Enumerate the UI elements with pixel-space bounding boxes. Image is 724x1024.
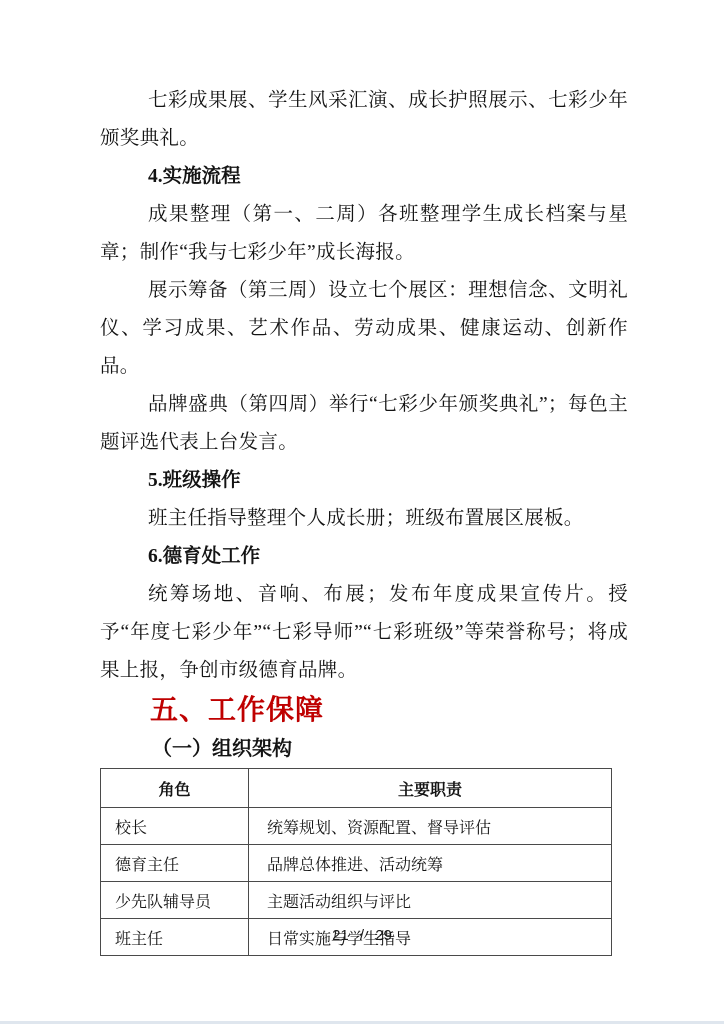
duty-cell: 品牌总体推进、活动统筹 — [249, 845, 612, 882]
paragraph-awards-list: 七彩成果展、学生风采汇演、成长护照展示、七彩少年颁奖典礼。 — [100, 82, 628, 158]
table-header-duty: 主要职责 — [249, 769, 612, 808]
paragraph-brand-ceremony: 品牌盛典（第四周）举行“七彩少年颁奖典礼”；每色主题评选代表上台发言。 — [100, 386, 628, 462]
table-row: 德育主任 品牌总体推进、活动统筹 — [101, 845, 612, 882]
page-number: 21 / 29 — [0, 927, 724, 944]
table-header-row: 角色 主要职责 — [101, 769, 612, 808]
role-cell: 德育主任 — [101, 845, 249, 882]
paragraph-moral-education-office: 统筹场地、音响、布展；发布年度成果宣传片。授予“年度七彩少年”“七彩导师”“七彩… — [100, 576, 628, 690]
role-cell: 校长 — [101, 808, 249, 845]
paragraph-class-operations: 班主任指导整理个人成长册；班级布置展区展板。 — [100, 500, 628, 538]
table-header-role: 角色 — [101, 769, 249, 808]
heading-moral-education-office: 6.德育处工作 — [100, 538, 628, 576]
section-heading-work-support: 五、工作保障 — [100, 690, 628, 730]
table-row: 少先队辅导员 主题活动组织与评比 — [101, 882, 612, 919]
duty-cell: 主题活动组织与评比 — [249, 882, 612, 919]
paragraph-result-collation: 成果整理（第一、二周）各班整理学生成长档案与星章；制作“我与七彩少年”成长海报。 — [100, 196, 628, 272]
role-cell: 少先队辅导员 — [101, 882, 249, 919]
subsection-heading-org-structure: （一）组织架构 — [100, 730, 628, 768]
table-row: 校长 统筹规划、资源配置、督导评估 — [101, 808, 612, 845]
duty-cell: 统筹规划、资源配置、督导评估 — [249, 808, 612, 845]
heading-implementation-flow: 4.实施流程 — [100, 158, 628, 196]
paragraph-exhibit-preparation: 展示筹备（第三周）设立七个展区：理想信念、文明礼仪、学习成果、艺术作品、劳动成果… — [100, 272, 628, 386]
document-page: 七彩成果展、学生风采汇演、成长护照展示、七彩少年颁奖典礼。 4.实施流程 成果整… — [0, 0, 724, 1024]
document-body: 七彩成果展、学生风采汇演、成长护照展示、七彩少年颁奖典礼。 4.实施流程 成果整… — [100, 82, 628, 956]
heading-class-operations: 5.班级操作 — [100, 462, 628, 500]
